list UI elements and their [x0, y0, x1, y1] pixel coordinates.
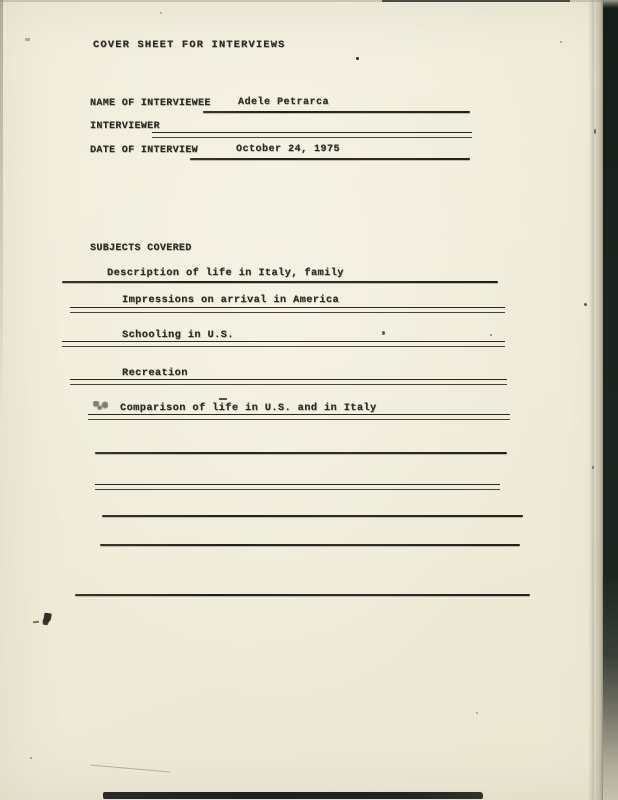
ink-speck [592, 466, 594, 469]
section-heading-subjects-covered: SUBJECTS COVERED [90, 243, 192, 254]
scan-bottom-bar [103, 792, 483, 799]
ink-speck [356, 57, 359, 60]
ink-dash [33, 621, 39, 624]
field-label-interviewer: INTERVIEWER [90, 121, 160, 132]
ink-speck [584, 303, 587, 306]
subject-item: Comparison of life in U.S. and in Italy [120, 403, 377, 414]
page-title: COVER SHEET FOR INTERVIEWS [93, 40, 285, 51]
ink-speck [594, 129, 596, 134]
subject-item: Description of life in Italy, family [107, 268, 344, 279]
scan-edge-band [603, 0, 618, 800]
subject-item: Schooling in U.S. [122, 330, 234, 341]
field-label-name-of-interviewee: NAME OF INTERVIEWEE [90, 98, 211, 109]
blank-line [102, 515, 523, 517]
field-underline [152, 132, 472, 138]
field-value-interviewee-name: Adele Petrarca [238, 97, 329, 108]
scanned-cover-sheet: COVER SHEET FOR INTERVIEWS NAME OF INTER… [0, 0, 618, 800]
scan-edge-left [0, 0, 3, 420]
pencil-scratch [90, 765, 170, 773]
ink-smudge [93, 401, 108, 410]
ink-speck [476, 712, 478, 714]
ink-speck [30, 757, 32, 759]
blank-line [95, 452, 507, 454]
field-underline [203, 111, 470, 113]
blank-line [100, 544, 520, 546]
ink-speck [382, 331, 385, 335]
subject-item: Recreation [122, 368, 188, 379]
field-label-date-of-interview: DATE OF INTERVIEW [90, 145, 198, 156]
field-underline [190, 158, 470, 160]
field-value-interview-date: October 24, 1975 [236, 144, 340, 155]
ink-stray-line [219, 398, 227, 400]
subject-underline [70, 307, 505, 313]
subject-underline [62, 341, 505, 347]
ink-speck [490, 334, 492, 336]
scan-edge-top-dark [382, 0, 570, 2]
subject-underline [70, 379, 507, 385]
ink-speck [560, 41, 562, 43]
ink-speck [25, 38, 30, 41]
paper-edge-shadow [591, 0, 603, 800]
subject-item: Impressions on arrival in America [122, 295, 339, 306]
ink-speck [160, 12, 162, 14]
subject-underline [62, 281, 498, 283]
ink-blob [41, 612, 52, 625]
subject-underline [88, 414, 510, 420]
blank-line [75, 594, 530, 596]
blank-line [95, 484, 500, 490]
